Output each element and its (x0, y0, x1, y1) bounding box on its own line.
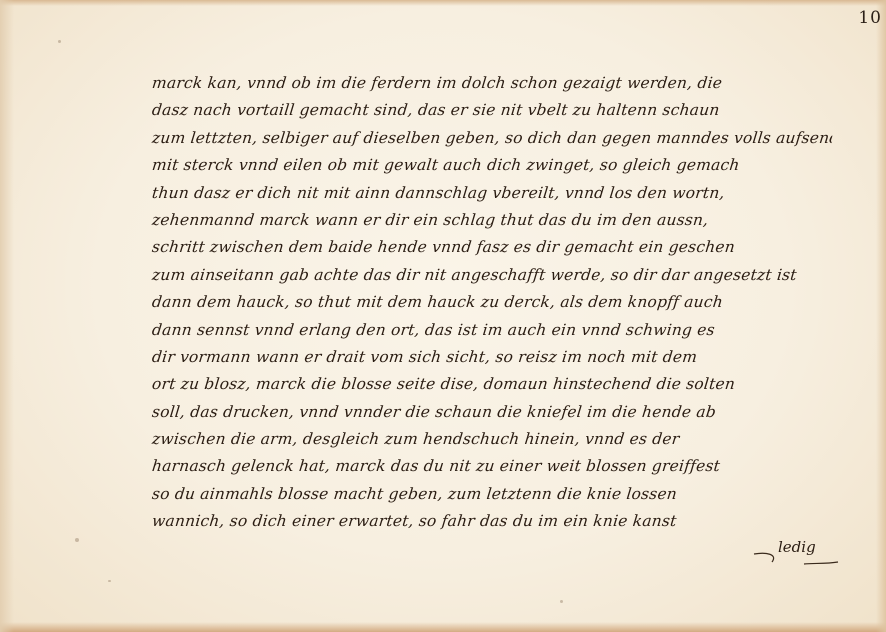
text-line: schritt zwischen dem baide hende vnnd fa… (151, 234, 834, 261)
paper-spot (75, 538, 79, 542)
text-line: zwischen die arm, desgleich zum hendschu… (151, 426, 834, 453)
folio-number: 10 (858, 8, 882, 28)
text-line: mit sterck vnnd eilen ob mit gewalt auch… (151, 152, 834, 179)
paper-edge-bottom (0, 622, 886, 632)
text-line: dasz nach vortaill gemacht sind, das er … (151, 97, 834, 124)
catchword: ledig (778, 538, 816, 556)
text-line: zehenmannd marck wann er dir ein schlag … (151, 207, 834, 234)
text-line: soll, das drucken, vnnd vnnder die schau… (151, 399, 834, 426)
text-line: thun dasz er dich nit mit ainn dannschla… (151, 180, 834, 207)
manuscript-page: 10 marck kan, vnnd ob im die ferdern im … (0, 0, 886, 632)
text-line: dann dem hauck, so thut mit dem hauck zu… (151, 289, 834, 316)
paper-spot (108, 580, 111, 582)
paper-edge-right (876, 0, 886, 632)
text-line: zum ainseitann gab achte das dir nit ang… (151, 262, 834, 289)
text-line: dann sennst vnnd erlang den ort, das ist… (151, 317, 834, 344)
paper-edge-top (0, 0, 886, 6)
text-line: ort zu blosz, marck die blosse seite dis… (151, 371, 834, 398)
text-line: harnasch gelenck hat, marck das du nit z… (151, 453, 834, 480)
text-line: so du ainmahls blosse macht geben, zum l… (151, 481, 834, 508)
text-line: marck kan, vnnd ob im die ferdern im dol… (151, 70, 834, 97)
manuscript-text-block: marck kan, vnnd ob im die ferdern im dol… (152, 70, 832, 536)
text-line: dir vormann wann er drait vom sich sicht… (151, 344, 834, 371)
text-line: wannich, so dich einer erwartet, so fahr… (151, 508, 834, 535)
paper-edge-left (0, 0, 14, 632)
paper-spot (560, 600, 563, 603)
text-line: zum lettzten, selbiger auf dieselben geb… (151, 125, 834, 152)
paper-spot (58, 40, 61, 43)
